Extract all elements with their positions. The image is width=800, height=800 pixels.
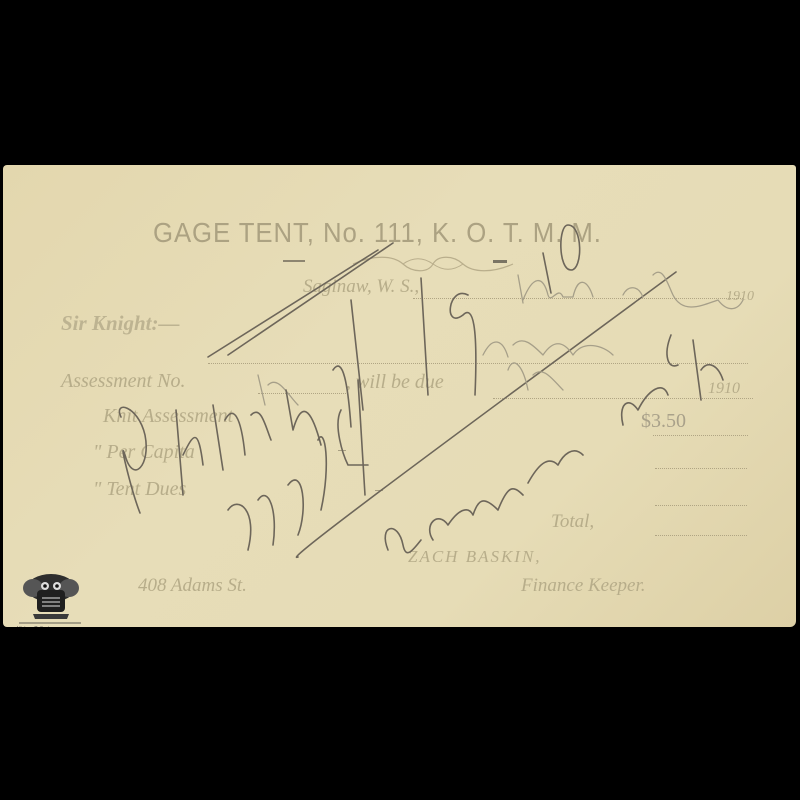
assessment-number-line xyxy=(258,393,348,394)
due-date-line xyxy=(493,398,753,399)
line-item-label: Knit Assessment xyxy=(103,405,233,428)
amount-line xyxy=(655,468,747,469)
will-be-due-label: , will be due xyxy=(346,371,444,394)
watermark-caption: History Collectors.com xyxy=(17,626,67,627)
dash-mark xyxy=(375,490,383,491)
amount-line xyxy=(653,435,748,436)
assessment-label: Assessment No. xyxy=(61,370,185,393)
line-item-amount: $3.50 xyxy=(641,410,686,433)
year-printed-2: 1910 xyxy=(708,380,740,398)
keeper-name: ZACH BASKIN, xyxy=(408,547,542,567)
dash-mark xyxy=(338,450,346,451)
owl-on-books-icon xyxy=(15,570,85,625)
keeper-title: Finance Keeper. xyxy=(521,575,646,597)
date-line xyxy=(413,298,743,299)
name-line xyxy=(208,363,748,364)
line-item-label: " Tent Dues xyxy=(93,478,186,501)
amount-line xyxy=(655,505,747,506)
line-item-label: " Per Capita xyxy=(93,441,195,464)
place-label: Saginaw, W. S., xyxy=(303,276,419,298)
total-label: Total, xyxy=(551,511,594,533)
address: 408 Adams St. xyxy=(138,575,247,597)
amount-line xyxy=(655,535,747,536)
dash-mark xyxy=(493,260,507,263)
postal-card: GAGE TENT, No. 111, K. O. T. M. M. Sagin… xyxy=(3,165,796,627)
salutation: Sir Knight:— xyxy=(61,311,179,336)
year-printed-1: 1910 xyxy=(726,289,754,305)
dash-mark xyxy=(283,260,305,262)
lodge-header: GAGE TENT, No. 111, K. O. T. M. M. xyxy=(153,217,602,249)
ornament-flourish-icon xyxy=(343,253,523,275)
